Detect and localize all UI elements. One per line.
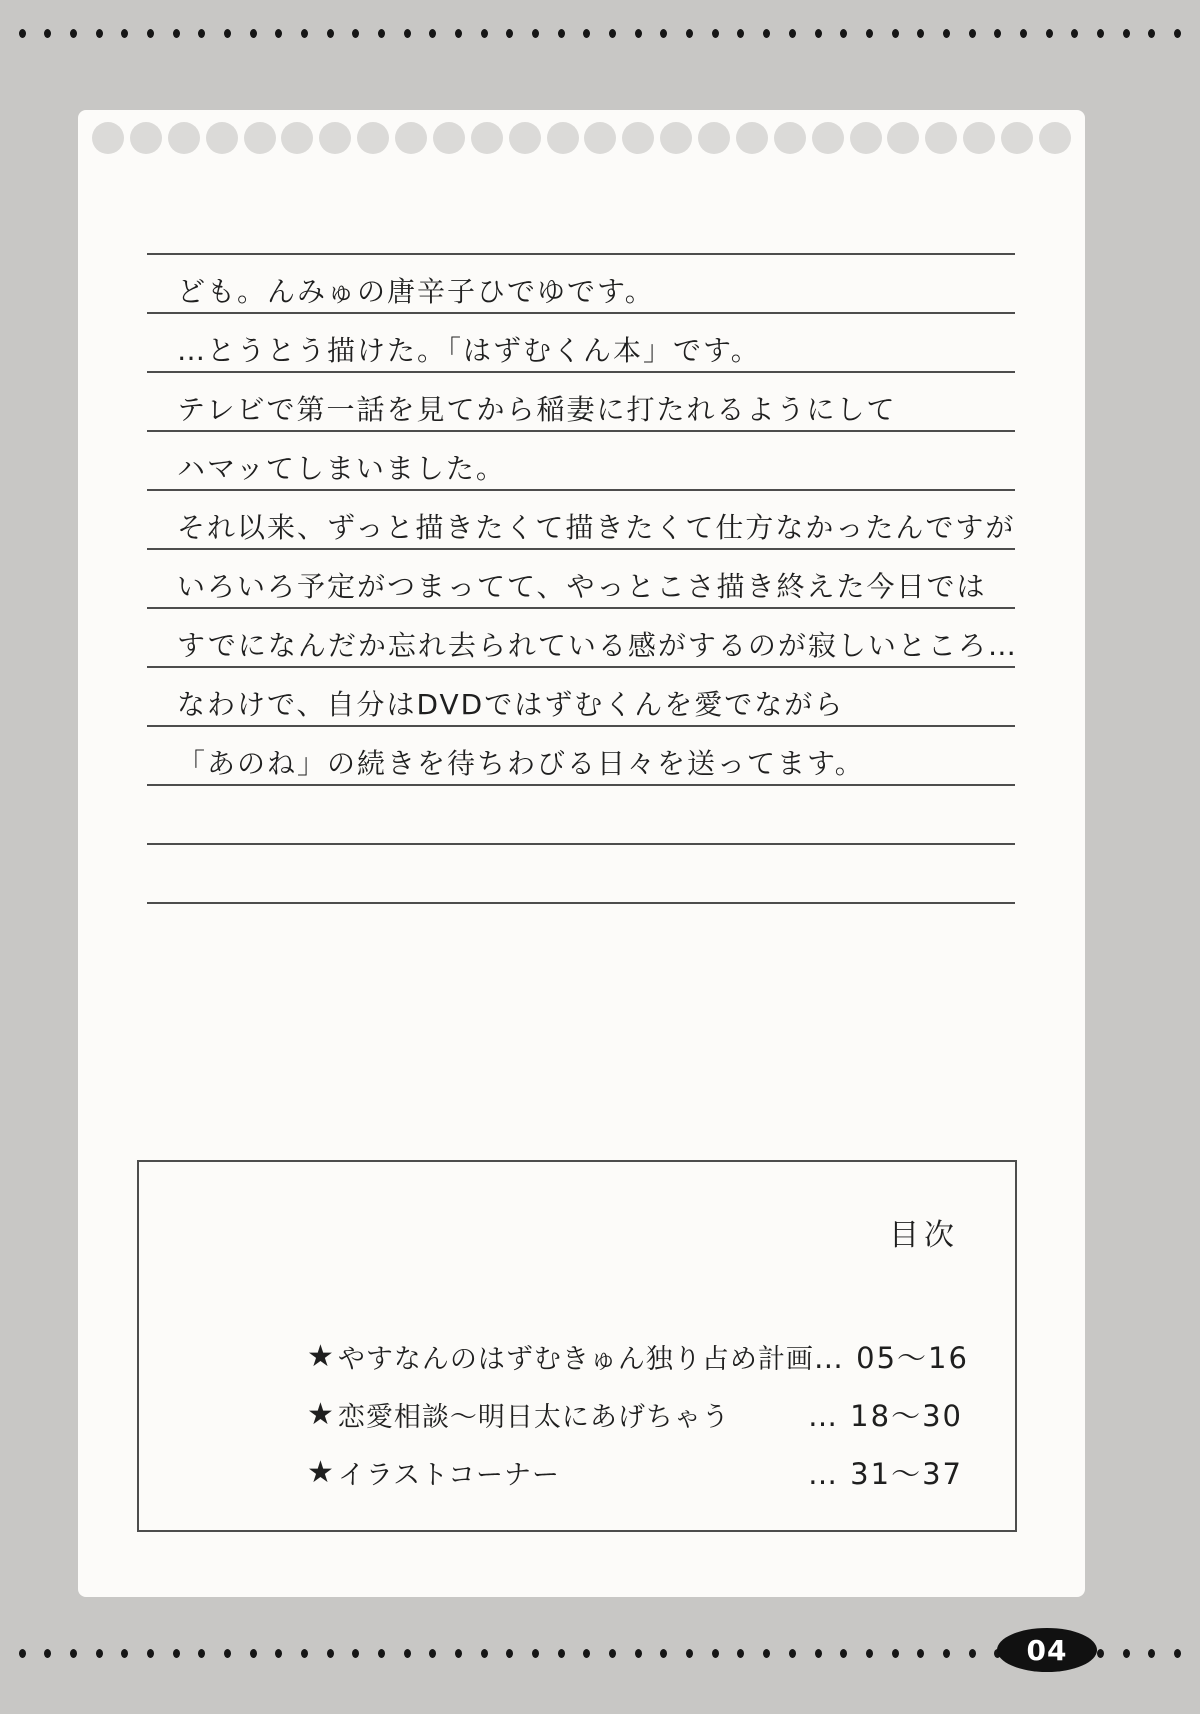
toc-item-label: イラストコーナー xyxy=(338,1453,560,1492)
dot xyxy=(1123,1649,1130,1658)
dot xyxy=(635,1649,642,1658)
dot xyxy=(815,1649,822,1658)
dot xyxy=(763,29,770,38)
decorative-circle xyxy=(963,122,995,154)
decorative-circle xyxy=(850,122,882,154)
dot xyxy=(327,29,334,38)
dot xyxy=(44,29,51,38)
toc-item: ★ やすなんのはずむきゅん独り占め計画 … 05〜16 xyxy=(307,1327,963,1385)
letter-line-text: すでになんだか忘れ去られている感がするのが寂しいところ…。 xyxy=(177,631,1015,662)
decorative-circle xyxy=(244,122,276,154)
dot xyxy=(352,29,359,38)
dot xyxy=(660,29,667,38)
dot xyxy=(532,29,539,38)
dot xyxy=(404,1649,411,1658)
letter-line: すでになんだか忘れ去られている感がするのが寂しいところ…。 xyxy=(147,609,1015,668)
letter-line-empty xyxy=(147,786,1015,845)
decorative-circle xyxy=(887,122,919,154)
dot xyxy=(712,1649,719,1658)
dot xyxy=(994,29,1001,38)
dot xyxy=(686,1649,693,1658)
toc-item-pages: … 05〜16 xyxy=(814,1336,969,1377)
dot xyxy=(892,1649,899,1658)
dot xyxy=(224,1649,231,1658)
dot xyxy=(1071,29,1078,38)
decorative-circle xyxy=(206,122,238,154)
decorative-circle xyxy=(812,122,844,154)
dot xyxy=(763,1649,770,1658)
star-icon: ★ xyxy=(307,1397,334,1432)
dot xyxy=(481,29,488,38)
letter-line-text: 「あのね」の続きを待ちわびる日々を送ってます。 xyxy=(177,749,865,780)
scanned-page: ども。んみゅの唐辛子ひでゆです。 …とうとう描けた。「はずむくん本」です。 テレ… xyxy=(0,0,1200,1714)
decorative-circle xyxy=(622,122,654,154)
decorative-circle xyxy=(281,122,313,154)
decorative-circles-row xyxy=(92,122,1071,154)
dot xyxy=(44,1649,51,1658)
dot xyxy=(1174,29,1181,38)
toc-item-pages: … 31〜37 xyxy=(808,1452,963,1493)
dot xyxy=(583,29,590,38)
dot xyxy=(378,29,385,38)
dot xyxy=(583,1649,590,1658)
page-number-badge: 04 xyxy=(997,1628,1097,1672)
toc-item-label: 恋愛相談〜明日太にあげちゃう xyxy=(338,1395,730,1434)
dot xyxy=(250,29,257,38)
dot xyxy=(1097,29,1104,38)
letter-line-text: ども。んみゅの唐辛子ひでゆです。 xyxy=(177,277,655,308)
dot xyxy=(1123,29,1130,38)
dot xyxy=(686,29,693,38)
dot xyxy=(815,29,822,38)
dot xyxy=(917,29,924,38)
toc-item-pages: … 18〜30 xyxy=(808,1394,963,1435)
dot xyxy=(19,29,26,38)
dot xyxy=(532,1649,539,1658)
dot xyxy=(506,29,513,38)
dot xyxy=(866,1649,873,1658)
dot xyxy=(455,1649,462,1658)
dot xyxy=(429,29,436,38)
dot xyxy=(96,29,103,38)
dot xyxy=(327,1649,334,1658)
dot xyxy=(121,1649,128,1658)
decorative-circle xyxy=(395,122,427,154)
dot xyxy=(635,29,642,38)
letter-line-text: それ以来、ずっと描きたくて描きたくて仕方なかったんですが xyxy=(177,513,1015,544)
decorative-circle xyxy=(1001,122,1033,154)
dot xyxy=(70,29,77,38)
letter-line: ハマッてしまいました。 xyxy=(147,432,1015,491)
letter-line: テレビで第一話を見てから稲妻に打たれるようにして xyxy=(147,373,1015,432)
paper-sheet: ども。んみゅの唐辛子ひでゆです。 …とうとう描けた。「はずむくん本」です。 テレ… xyxy=(78,110,1085,1597)
toc-title: 目次 xyxy=(889,1210,959,1254)
decorative-circle xyxy=(319,122,351,154)
letter-ruled-area: ども。んみゅの唐辛子ひでゆです。 …とうとう描けた。「はずむくん本」です。 テレ… xyxy=(147,253,1015,904)
decorative-circle xyxy=(660,122,692,154)
dot xyxy=(121,29,128,38)
dot xyxy=(70,1649,77,1658)
top-dotted-border xyxy=(0,28,1200,38)
decorative-circle xyxy=(471,122,503,154)
dot xyxy=(1046,29,1053,38)
decorative-circle xyxy=(547,122,579,154)
dot xyxy=(737,29,744,38)
dot xyxy=(378,1649,385,1658)
dot xyxy=(969,29,976,38)
toc-items: ★ やすなんのはずむきゅん独り占め計画 … 05〜16 ★ 恋愛相談〜明日太にあ… xyxy=(307,1327,963,1501)
dot xyxy=(301,29,308,38)
letter-line: …とうとう描けた。「はずむくん本」です。 xyxy=(147,314,1015,373)
letter-line-text: テレビで第一話を見てから稲妻に打たれるようにして xyxy=(177,395,896,426)
toc-item: ★ 恋愛相談〜明日太にあげちゃう … 18〜30 xyxy=(307,1385,963,1443)
dot xyxy=(1097,1649,1104,1658)
decorative-circle xyxy=(433,122,465,154)
dot xyxy=(481,1649,488,1658)
decorative-circle xyxy=(357,122,389,154)
letter-line: 「あのね」の続きを待ちわびる日々を送ってます。 xyxy=(147,727,1015,786)
dot xyxy=(147,29,154,38)
letter-line-text: …とうとう描けた。「はずむくん本」です。 xyxy=(177,336,761,367)
dot xyxy=(558,29,565,38)
dot xyxy=(840,1649,847,1658)
letter-line: それ以来、ずっと描きたくて描きたくて仕方なかったんですが xyxy=(147,491,1015,550)
dot xyxy=(198,1649,205,1658)
dot xyxy=(250,1649,257,1658)
dot xyxy=(892,29,899,38)
dot xyxy=(866,29,873,38)
dot xyxy=(789,1649,796,1658)
letter-line: なわけで、自分はDVDではずむくんを愛でながら xyxy=(147,668,1015,727)
letter-line: ども。んみゅの唐辛子ひでゆです。 xyxy=(147,255,1015,314)
star-icon: ★ xyxy=(307,1339,334,1374)
decorative-circle xyxy=(925,122,957,154)
dot xyxy=(917,1649,924,1658)
dot xyxy=(789,29,796,38)
dot xyxy=(352,1649,359,1658)
decorative-circle xyxy=(509,122,541,154)
decorative-circle xyxy=(774,122,806,154)
table-of-contents-box: 目次 ★ やすなんのはずむきゅん独り占め計画 … 05〜16 ★ 恋愛相談〜明日… xyxy=(137,1160,1017,1532)
dot xyxy=(943,1649,950,1658)
dot xyxy=(275,1649,282,1658)
dot xyxy=(147,1649,154,1658)
decorative-circle xyxy=(584,122,616,154)
dot xyxy=(224,29,231,38)
dot xyxy=(301,1649,308,1658)
dot xyxy=(840,29,847,38)
letter-line-text: ハマッてしまいました。 xyxy=(177,454,506,485)
dot xyxy=(506,1649,513,1658)
letter-line: いろいろ予定がつまってて、やっとこさ描き終えた今日では xyxy=(147,550,1015,609)
decorative-circle xyxy=(1039,122,1071,154)
dot xyxy=(1148,1649,1155,1658)
letter-line-text: なわけで、自分はDVDではずむくんを愛でながら xyxy=(177,690,844,721)
dot xyxy=(429,1649,436,1658)
page-number: 04 xyxy=(1027,1634,1068,1667)
decorative-circle xyxy=(168,122,200,154)
dot xyxy=(173,29,180,38)
dot xyxy=(969,1649,976,1658)
toc-item-label: やすなんのはずむきゅん独り占め計画 xyxy=(338,1337,814,1376)
dot xyxy=(1174,1649,1181,1658)
dot xyxy=(275,29,282,38)
toc-item: ★ イラストコーナー … 31〜37 xyxy=(307,1443,963,1501)
dot xyxy=(1148,29,1155,38)
dot xyxy=(943,29,950,38)
dot xyxy=(96,1649,103,1658)
dot xyxy=(19,1649,26,1658)
dot xyxy=(737,1649,744,1658)
dot xyxy=(660,1649,667,1658)
dot xyxy=(712,29,719,38)
letter-line-text: いろいろ予定がつまってて、やっとこさ描き終えた今日では xyxy=(177,572,986,603)
decorative-circle xyxy=(92,122,124,154)
dot xyxy=(609,29,616,38)
dot xyxy=(1020,29,1027,38)
dot xyxy=(558,1649,565,1658)
star-icon: ★ xyxy=(307,1455,334,1490)
decorative-circle xyxy=(698,122,730,154)
decorative-circle xyxy=(130,122,162,154)
dot xyxy=(173,1649,180,1658)
dot xyxy=(198,29,205,38)
dot xyxy=(404,29,411,38)
dot xyxy=(455,29,462,38)
decorative-circle xyxy=(736,122,768,154)
letter-line-empty xyxy=(147,845,1015,904)
dot xyxy=(609,1649,616,1658)
